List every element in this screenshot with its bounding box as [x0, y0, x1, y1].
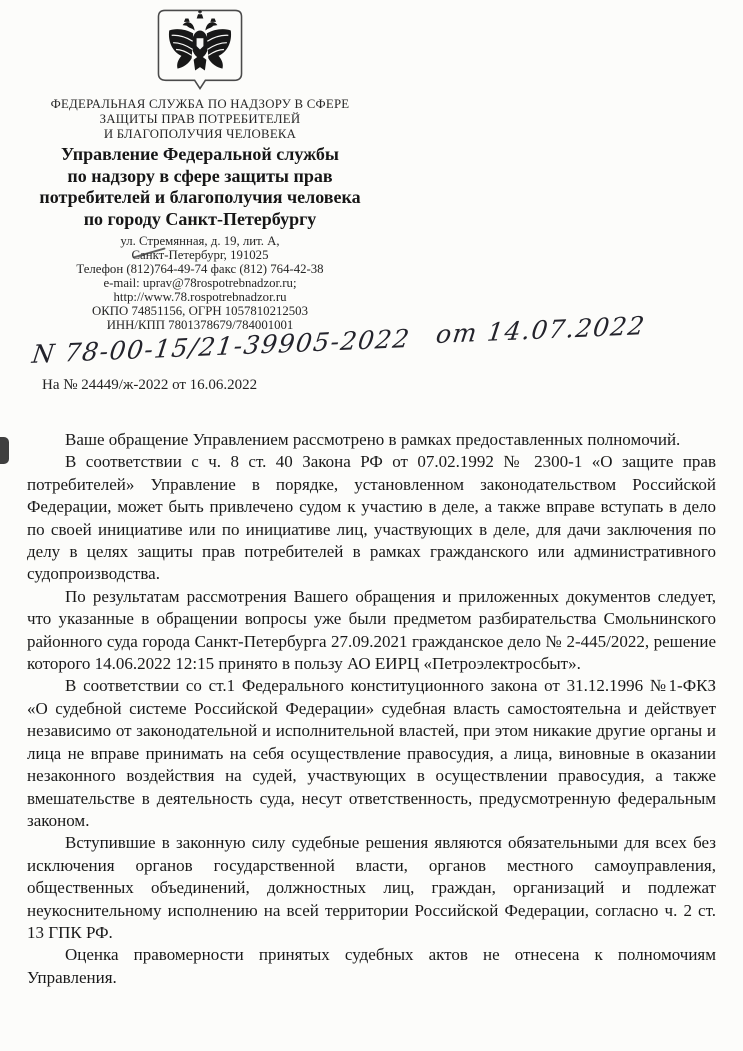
russian-coat-of-arms-icon [157, 8, 243, 92]
okpo-ogrn: ОКПО 74851156, ОГРН 1057810212503 [0, 304, 400, 318]
body-paragraph-1: Ваше обращение Управлением рассмотрено в… [27, 429, 716, 451]
agency-name-line: И БЛАГОПОЛУЧИЯ ЧЕЛОВЕКА [0, 127, 400, 142]
body-paragraph-2: В соответствии с ч. 8 ст. 40 Закона РФ о… [27, 451, 716, 585]
body-paragraph-6: Оценка правомерности принятых судебных а… [27, 944, 716, 989]
body-paragraph-5: Вступившие в законную силу судебные реше… [27, 832, 716, 944]
agency-name: ФЕДЕРАЛЬНАЯ СЛУЖБА ПО НАДЗОРУ В СФЕРЕ ЗА… [0, 97, 400, 142]
department-name-line: по городу Санкт-Петербургу [0, 209, 400, 231]
scanned-letter-page: ФЕДЕРАЛЬНАЯ СЛУЖБА ПО НАДЗОРУ В СФЕРЕ ЗА… [0, 0, 743, 1051]
body-paragraph-3: По результатам рассмотрения Вашего обращ… [27, 586, 716, 676]
city-postal: Санкт-Петербург, 191025 [0, 248, 400, 262]
incoming-reference: На № 24449/ж-2022 от 16.06.2022 [42, 377, 257, 394]
letterhead: ФЕДЕРАЛЬНАЯ СЛУЖБА ПО НАДЗОРУ В СФЕРЕ ЗА… [0, 8, 400, 332]
emblem [157, 8, 243, 92]
scan-edge-blotch [0, 437, 9, 464]
phone-fax: Телефон (812)764-49-74 факс (812) 764-42… [0, 262, 400, 276]
department-name-line: по надзору в сфере защиты прав [0, 166, 400, 188]
email: e-mail: uprav@78rospotrebnadzor.ru; [0, 276, 400, 290]
department-name-line: потребителей и благополучия человека [0, 187, 400, 209]
street-address: ул. Стремянная, д. 19, лит. А, [0, 234, 400, 248]
contact-block: ул. Стремянная, д. 19, лит. А, Санкт-Пет… [0, 234, 400, 332]
department-name: Управление Федеральной службы по надзору… [0, 144, 400, 230]
handwritten-date: от 14.07.2022 [435, 311, 648, 349]
agency-name-line: ФЕДЕРАЛЬНАЯ СЛУЖБА ПО НАДЗОРУ В СФЕРЕ [0, 97, 400, 112]
body-paragraph-4: В соответствии со ст.1 Федерального конс… [27, 675, 716, 832]
department-name-line: Управление Федеральной службы [0, 144, 400, 166]
agency-name-line: ЗАЩИТЫ ПРАВ ПОТРЕБИТЕЛЕЙ [0, 112, 400, 127]
letter-body: Ваше обращение Управлением рассмотрено в… [27, 429, 716, 989]
website: http://www.78.rospotrebnadzor.ru [0, 290, 400, 304]
